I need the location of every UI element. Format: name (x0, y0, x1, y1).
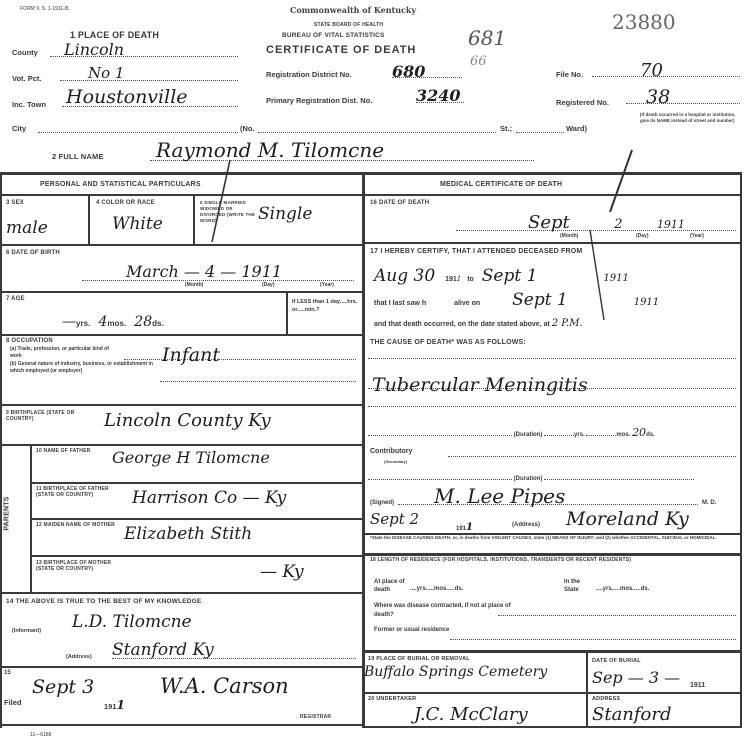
pen-strokes (0, 0, 750, 748)
